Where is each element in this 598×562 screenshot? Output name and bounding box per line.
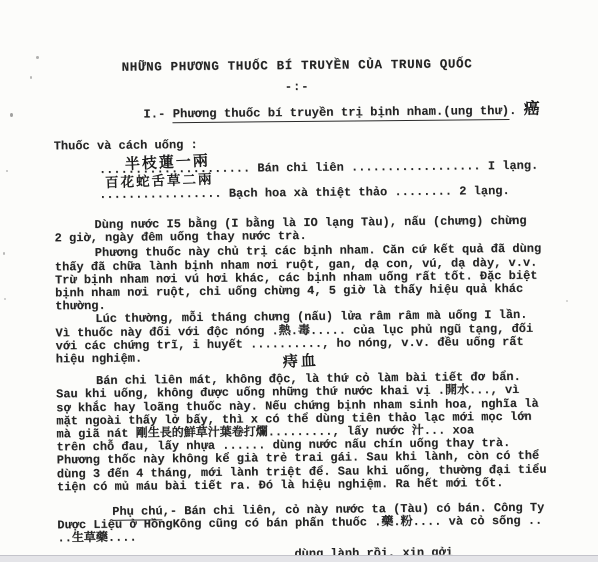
- dots: ........: [387, 184, 459, 199]
- handwritten-cjk-herb-2: 百花蛇舌草二兩: [105, 170, 214, 193]
- text-line: tiện có mủ máu bài tiết ra. Đó là hiệu n…: [57, 476, 598, 494]
- dosage-label: Thuốc và cách uống :: [54, 134, 597, 153]
- ingredient-name: Bạch hoa xà thiệt thảo: [229, 185, 388, 201]
- ingredient-amount: I lạng.: [488, 159, 539, 173]
- handwritten-cjk-hemorrhoid-blood: 痔血: [282, 349, 319, 372]
- scan-speck: [4, 298, 6, 300]
- heading-underlined-text: Phương thuốc bí truyền trị bịnh nham.(un…: [173, 104, 510, 123]
- scanned-document-page: NHỮNG PHƯƠNG THUỐC BÍ TRUYỀN CỦA TRUNG Q…: [0, 0, 598, 562]
- scan-speck: [6, 170, 8, 172]
- ingredient-amount: 2 lạng.: [459, 184, 510, 198]
- recipe-row-2: 百花蛇舌草二兩................. Bạch hoa xà thi…: [99, 181, 597, 205]
- recipe-list: 半枝蓮一兩..................... Bán chi liên …: [0, 156, 597, 206]
- section-divider: -:-: [0, 78, 596, 97]
- dots: ..................: [344, 159, 488, 174]
- scan-content: NHỮNG PHƯƠNG THUỐC BÍ TRUYỀN CỦA TRUNG Q…: [0, 0, 598, 562]
- text-line: hiệu nghiệm.: [56, 348, 598, 366]
- handwritten-cjk-cancer: 癌: [524, 99, 540, 118]
- heading-period: .: [509, 104, 524, 118]
- document-title: NHỮNG PHƯƠNG THUỐC BÍ TRUYỀN CỦA TRUNG Q…: [0, 55, 596, 77]
- body-lines: Dùng nước I5 bằng (I bằng là IO lạng Tàu…: [0, 214, 598, 558]
- scan-speck: [10, 113, 13, 117]
- scan-bottom-edge: [0, 555, 598, 562]
- ingredient-name: Bán chi liên: [257, 161, 344, 176]
- scan-speck: [3, 252, 5, 255]
- scan-speck: [30, 76, 32, 79]
- scan-speck: [566, 300, 568, 302]
- heading-number: I.-: [143, 107, 172, 121]
- scan-speck: [36, 56, 39, 59]
- section-heading: I.- Phương thuốc bí truyền trị bịnh nham…: [143, 100, 596, 122]
